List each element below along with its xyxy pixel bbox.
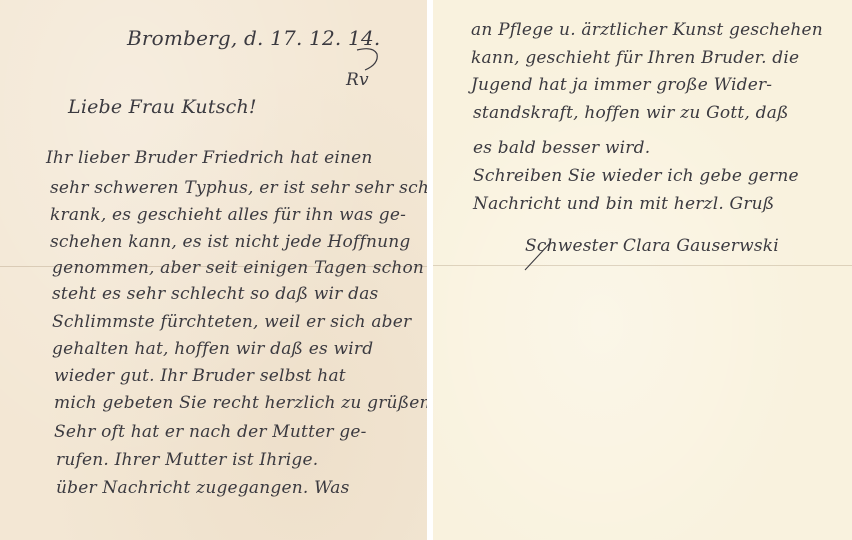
letter-page-right: an Pflege u. ärztlicher Kunst geschehen … [433, 0, 852, 540]
paper-fold-line [433, 265, 852, 266]
letter-line: wieder gut. Ihr Bruder selbst hat [54, 366, 346, 386]
letter-line: Sehr oft hat er nach der Mutter ge- [54, 422, 367, 442]
letter-line: krank, es geschieht alles für ihn was ge… [50, 205, 406, 225]
letter-line: sehr schweren Typhus, er ist sehr sehr s… [50, 178, 427, 198]
letter-line: Nachricht und bin mit herzl. Gruß [473, 194, 774, 214]
letter-line: standskraft, hoffen wir zu Gott, daß [473, 103, 789, 123]
letter-line: über Nachricht zugegangen. Was [56, 478, 350, 498]
letter-date-line: Bromberg, d. 17. 12. 14. [127, 26, 380, 50]
corner-note: Rv [346, 70, 369, 90]
letter-line: es bald besser wird. [473, 138, 650, 158]
letter-line: Ihr lieber Bruder Friedrich hat einen [46, 148, 373, 168]
letter-line: gehalten hat, hoffen wir daß es wird [52, 339, 373, 359]
signature-stroke-icon [521, 238, 561, 274]
letter-line: genommen, aber seit einigen Tagen schon [52, 258, 424, 278]
letter-line: mich gebeten Sie recht herzlich zu grüße… [54, 393, 427, 413]
letter-greeting: Liebe Frau Kutsch! [68, 96, 257, 118]
letter-signature: Schwester Clara Gauserwski [525, 236, 779, 256]
letter-line: kann, geschieht für Ihren Bruder. die [471, 48, 799, 68]
letter-page-left: Bromberg, d. 17. 12. 14. Rv Liebe Frau K… [0, 0, 427, 540]
letter-line: an Pflege u. ärztlicher Kunst geschehen [471, 20, 823, 40]
letter-line: rufen. Ihrer Mutter ist Ihrige. [56, 450, 318, 470]
letter-line: schehen kann, es ist nicht jede Hoffnung [50, 232, 410, 252]
letter-line: Schlimmste fürchteten, weil er sich aber [52, 312, 411, 332]
letter-line: Schreiben Sie wieder ich gebe gerne [473, 166, 799, 186]
letter-line: Jugend hat ja immer große Wider- [471, 75, 772, 95]
letter-line: steht es sehr schlecht so daß wir das [52, 284, 378, 304]
